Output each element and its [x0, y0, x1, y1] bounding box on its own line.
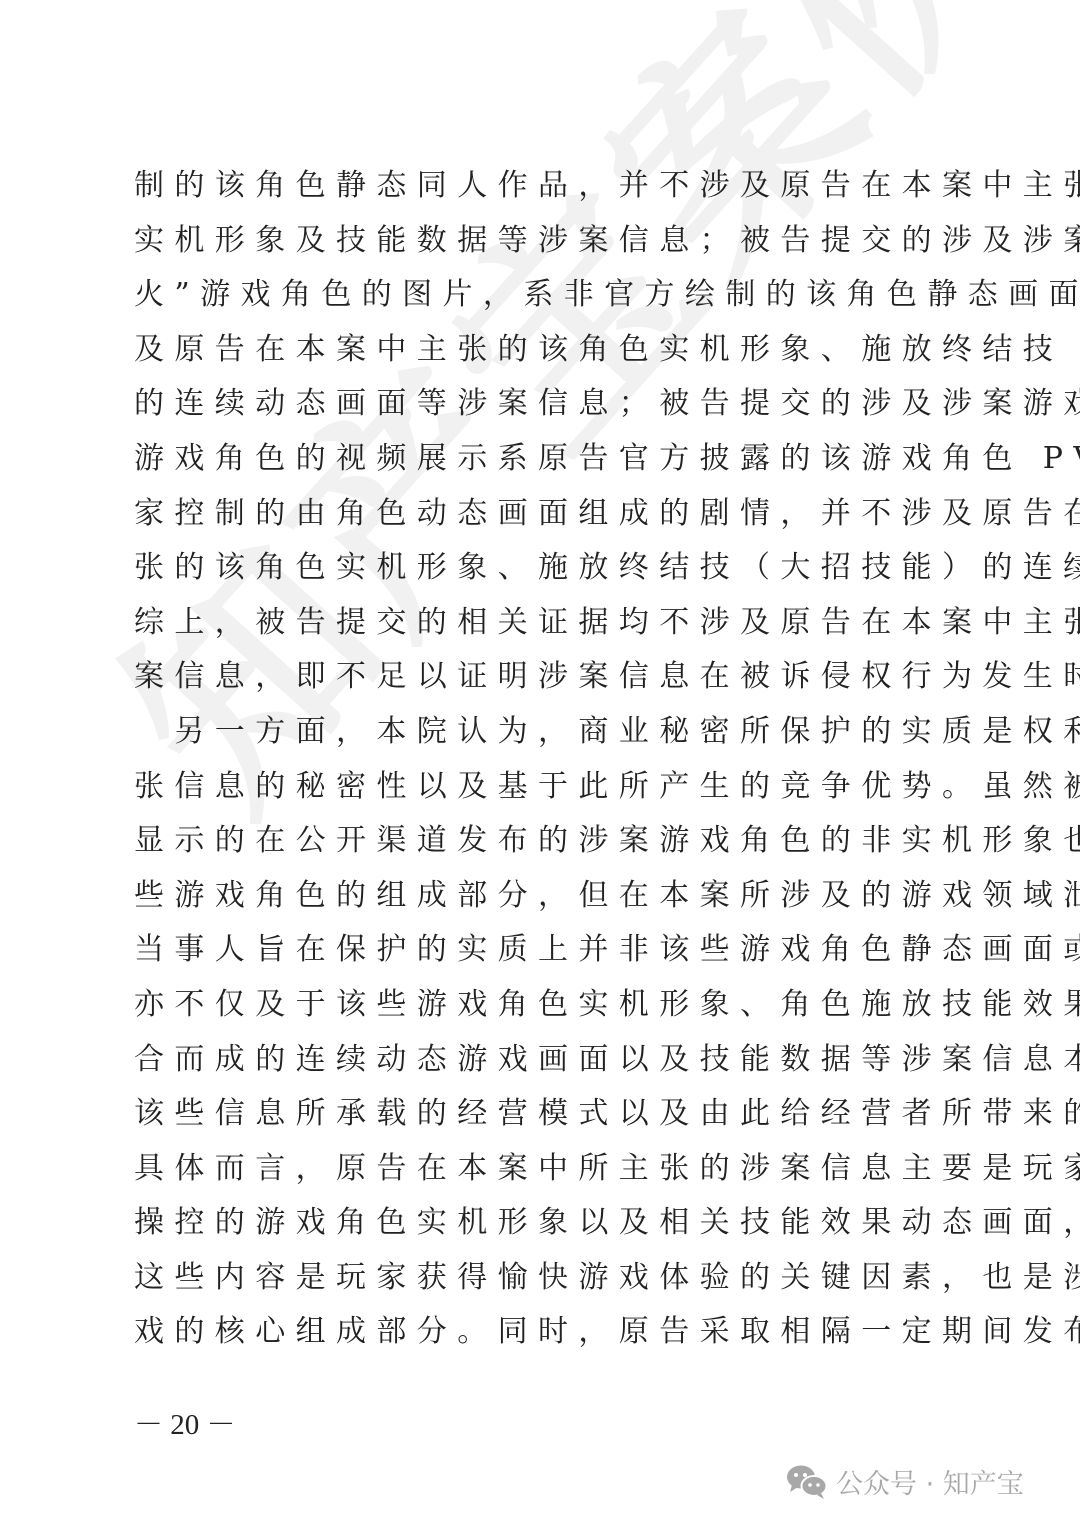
footer-brand: 公众号 · 知产宝: [786, 1462, 1024, 1501]
text-line: 张的该角色实机形象、施放终结技（大招技能）的连续动态画面。: [134, 541, 964, 596]
text-line: 及原告在本案中主张的该角色实机形象、施放终结技（大招技能）: [134, 323, 964, 378]
text-line: 当事人旨在保护的实质上并非该些游戏角色静态画面或立绘形象，: [134, 923, 964, 978]
text-line: 制的该角色静态同人作品，并不涉及原告在本案中主张的该角色: [134, 159, 964, 214]
document-page: 制的该角色静态同人作品，并不涉及原告在本案中主张的该角色 实机形象及技能数据等涉…: [0, 0, 1080, 1527]
text-line: 游戏角色的视频展示系原告官方披露的该游戏角色 PV，即不受玩: [134, 432, 964, 487]
footer-label: 公众号 · 知产宝: [836, 1462, 1024, 1501]
text-line: 这些内容是玩家获得愉快游戏体验的关键因素，也是涉案这类游: [134, 1251, 964, 1306]
text-line: 显示的在公开渠道发布的涉案游戏角色的非实机形象也应视作该: [134, 814, 964, 869]
text-line: 些游戏角色的组成部分，但在本案所涉及的游戏领域泄密情形下，: [134, 869, 964, 924]
text-line: 另一方面，本院认为，商业秘密所保护的实质是权利人所主: [134, 705, 964, 760]
text-line: 实机形象及技能数据等涉案信息；被告提交的涉及涉案游戏“花: [134, 214, 964, 269]
text-line: 具体而言，原告在本案中所主张的涉案信息主要是玩家可以自由: [134, 1142, 964, 1197]
wechat-icon: [786, 1464, 828, 1500]
text-line: 火”游戏角色的图片，系非官方绘制的该角色静态画面，并不涉: [134, 268, 964, 323]
text-line: 综上，被告提交的相关证据均不涉及原告在本案中主张的具体涉: [134, 596, 964, 651]
text-line: 家控制的由角色动态画面组成的剧情，并不涉及原告在本案中主: [134, 487, 964, 542]
text-line: 亦不仅及于该些游戏角色实机形象、角色施放技能效果等要素组: [134, 978, 964, 1033]
page-number: － 20 －: [134, 1402, 236, 1443]
text-line: 的连续动态画面等涉案信息；被告提交的涉及涉案游戏“黑天鹅”: [134, 377, 964, 432]
text-line: 操控的游戏角色实机形象以及相关技能效果动态画面，如前所述，: [134, 1196, 964, 1251]
text-line: 戏的核心组成部分。同时，原告采取相隔一定期间发布更新版本: [134, 1305, 964, 1360]
text-line: 张信息的秘密性以及基于此所产生的竞争优势。虽然被告证据所: [134, 760, 964, 815]
text-line: 案信息，即不足以证明涉案信息在被诉侵权行为发生时业已公开。: [134, 650, 964, 705]
body-text: 制的该角色静态同人作品，并不涉及原告在本案中主张的该角色 实机形象及技能数据等涉…: [134, 159, 964, 1360]
text-line: 合而成的连续动态游戏画面以及技能数据等涉案信息本身，更是: [134, 1033, 964, 1088]
text-line: 该些信息所承载的经营模式以及由此给经营者所带来的竞争优势。: [134, 1087, 964, 1142]
